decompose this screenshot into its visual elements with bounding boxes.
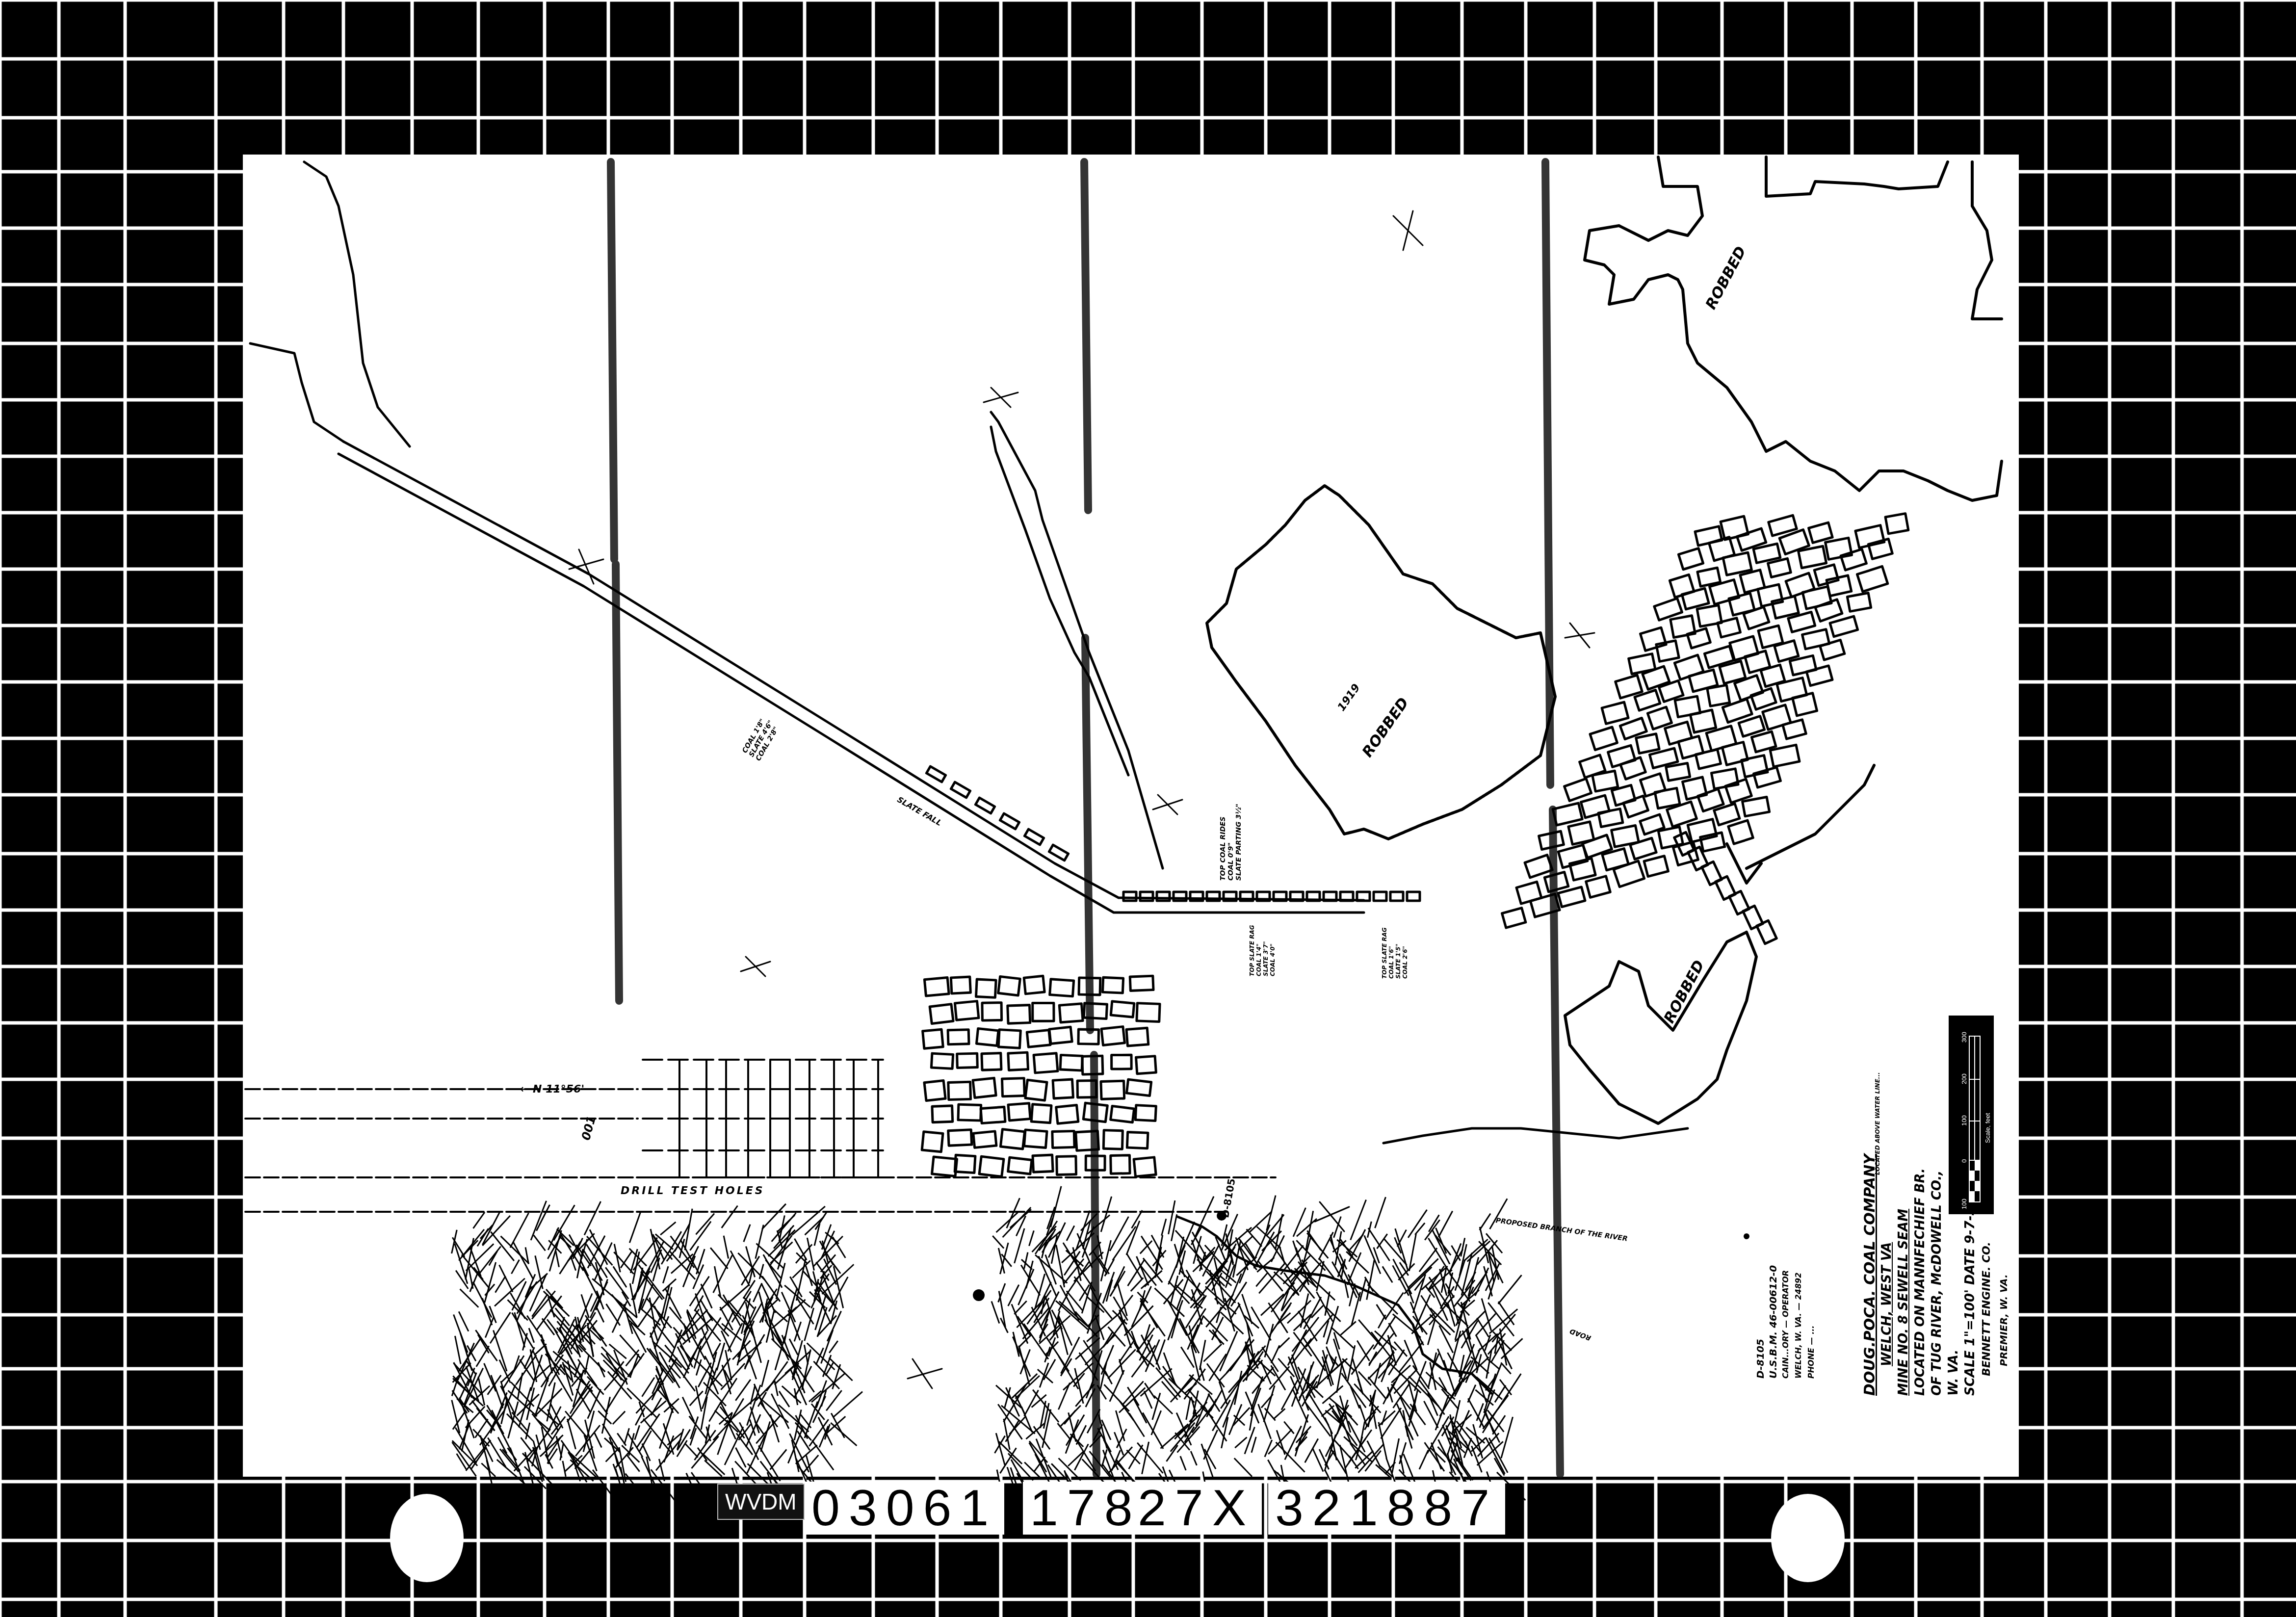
scale-tick: 100 — [1960, 1199, 1968, 1209]
frame-number-tag: 178 — [1023, 1482, 1148, 1535]
scale-tick: 300 — [1960, 1032, 1968, 1043]
scale-tick: 100 — [1960, 1115, 1968, 1126]
mine-works-right — [1502, 514, 1908, 944]
permit-line: WELCH, W. VA. — 24892 — [1792, 1265, 1805, 1379]
film-punch-hole-left — [390, 1494, 464, 1582]
sheet-number-tag: 27X — [1131, 1482, 1262, 1535]
scale-label: Scale, feet — [1984, 1113, 1991, 1143]
drill-test-holes-label: DRILL TEST HOLES — [621, 1185, 765, 1197]
scale-tick: 200 — [1960, 1073, 1968, 1084]
permit-line: U.S.B.M. 46-00612-0 — [1767, 1265, 1779, 1379]
robbed-boundary-upper-right — [1585, 157, 2002, 500]
lower-mine-hatching — [452, 1186, 1526, 1511]
film-prefix-tag: WVDM — [717, 1484, 805, 1520]
top-slate-section-note-1: TOP SLATE RAGCOAL 1'4"SLATE 3'7"COAL 4'0… — [1249, 925, 1276, 976]
document-id-tag: 321887 — [1268, 1482, 1505, 1535]
haul-road — [250, 162, 1364, 913]
title-location: WELCH, WEST VA — [1879, 1154, 1895, 1396]
projection-lines — [991, 412, 1163, 868]
permit-line: CAIN...ORY — OPERATOR — [1779, 1265, 1792, 1379]
robbed-boundary-lower — [1565, 765, 1874, 1123]
scale-bar: 100 0 100 200 300 Scale, feet — [1949, 1016, 1994, 1214]
bearing-label: ← N 11°56' — [520, 1083, 584, 1095]
permit-line: PHONE — ... — [1805, 1265, 1818, 1379]
top-slate-section-note-2: TOP SLATE RAGCOAL 1'6"SLATE 1'5"COAL 2'6… — [1381, 927, 1409, 979]
scale-tick: 0 — [1960, 1159, 1968, 1163]
title-engineer-location: PREMIER, W. VA. — [1995, 1154, 2012, 1396]
robbed-boundary-1919 — [1207, 486, 1555, 839]
title-company: DOUG.POCA. COAL COMPANY — [1862, 1154, 1879, 1396]
film-punch-hole-right — [1771, 1494, 1845, 1582]
title-line: OF TUG RIVER, McDOWELL CO., — [1929, 1154, 1945, 1396]
permit-line: D-8105 — [1754, 1265, 1767, 1379]
title-mine: MINE NO. 8 SEWELL SEAM — [1895, 1154, 1912, 1396]
mine-works-center — [922, 976, 1160, 1176]
permit-note: D-8105 U.S.B.M. 46-00612-0 CAIN...ORY — … — [1754, 1265, 1818, 1379]
title-line: LOCATED ON MANNFECHIEF BR. — [1912, 1154, 1929, 1396]
reel-number-tag: 03061 — [805, 1482, 1004, 1535]
top-coal-section-note: TOP COAL RIDESCOAL 0'9"SLATE PARTING 3½" — [1219, 804, 1243, 881]
